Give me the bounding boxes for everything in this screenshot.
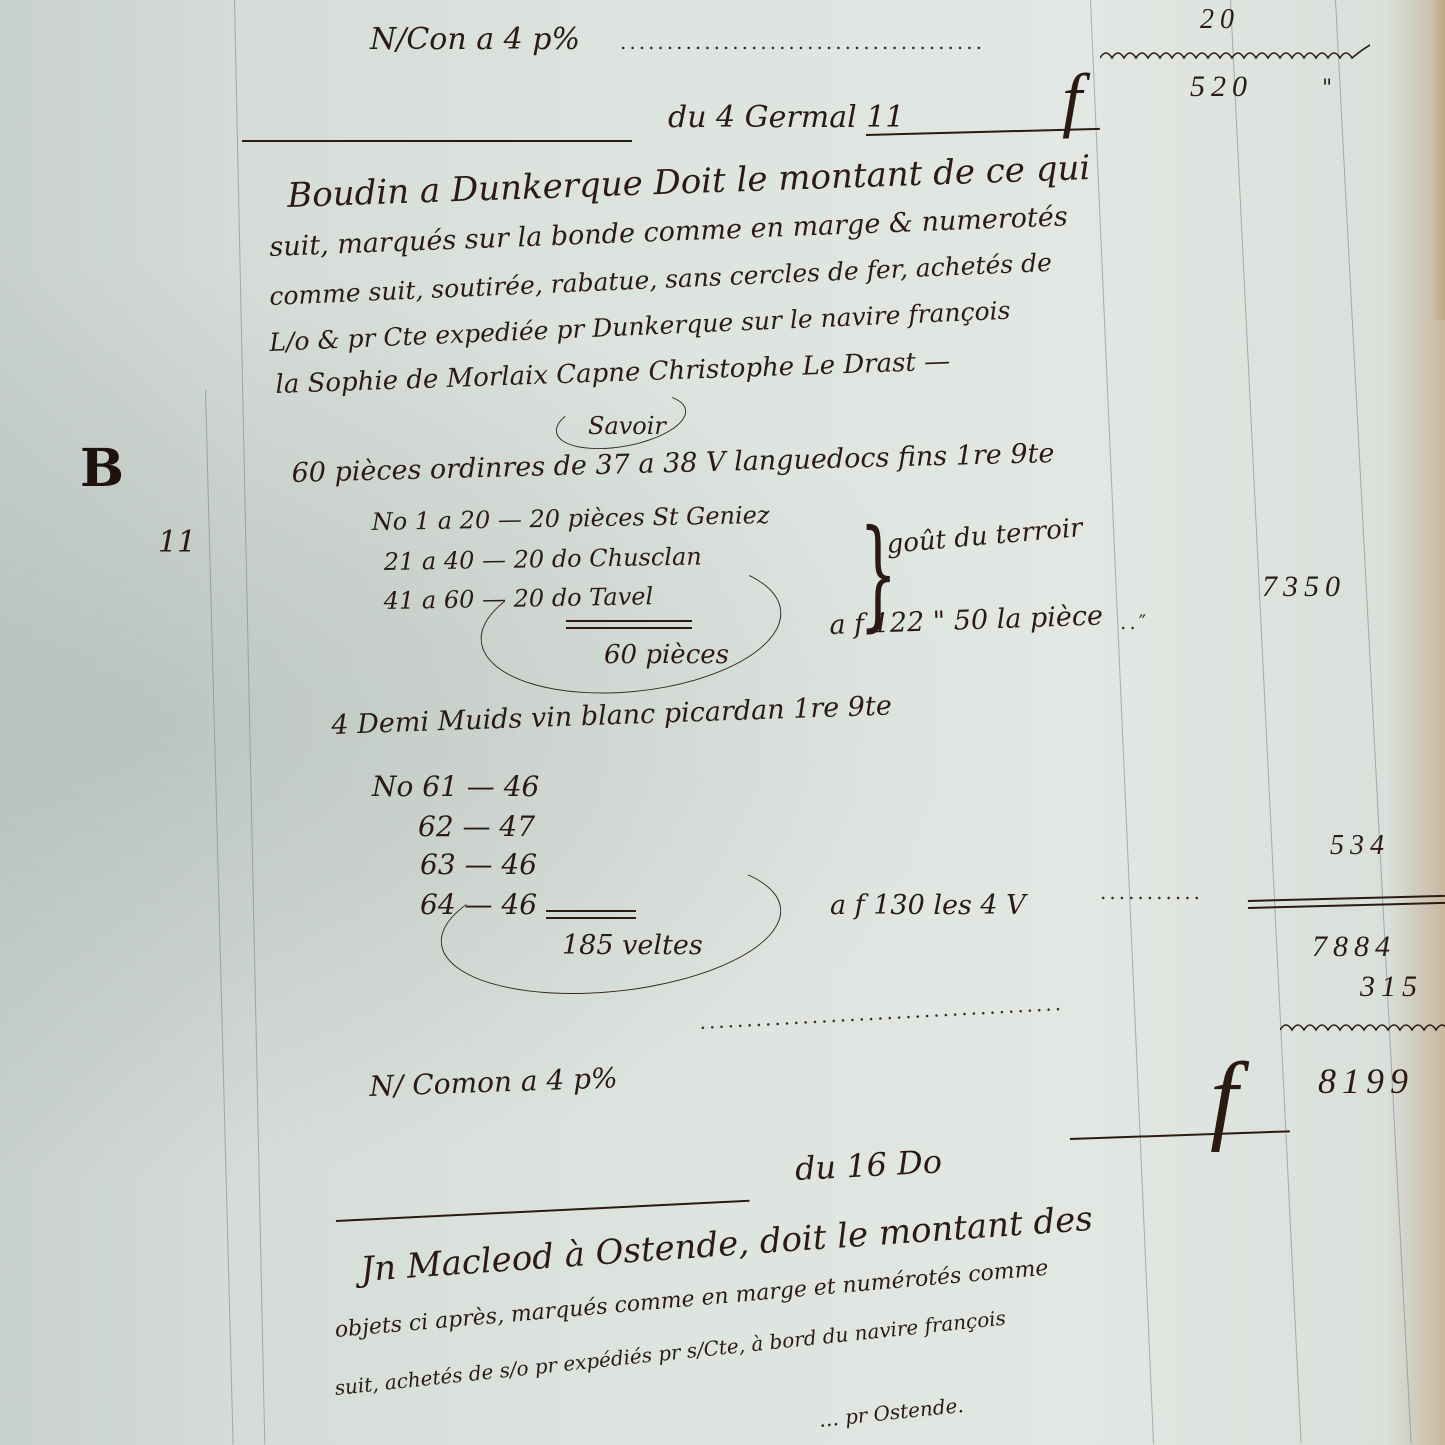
sum-squiggle	[1100, 36, 1370, 44]
carry-commission-amount: 20	[1200, 4, 1240, 36]
item1-leader: ..″	[1120, 610, 1149, 634]
margin-monogram: B	[80, 438, 124, 499]
entry1-sum: 7884	[1312, 930, 1396, 964]
entry1-total-symbol: f	[1210, 1040, 1238, 1155]
carry-total: 520	[1190, 70, 1253, 104]
book-spine-shadow	[1431, 0, 1445, 320]
item2-lot-2: 62 — 47	[418, 810, 535, 843]
total-squiggle	[1280, 1012, 1445, 1020]
item1-amount: 7350	[1262, 570, 1346, 604]
item2-rate: a f 130 les 4 V	[830, 890, 1026, 921]
leader-dots: .......................................	[620, 30, 985, 54]
item2-lot-1: No 61 — 46	[372, 770, 539, 803]
item2-lot-3: 63 — 46	[420, 848, 537, 881]
margin-mark: 11	[158, 525, 196, 560]
entry1-total: 8199	[1318, 1060, 1414, 1102]
entry2-date-heading: du 16 Do	[794, 1142, 943, 1188]
item2-leader: ...........	[1100, 880, 1203, 904]
carry-commission-line: N/Con a 4 p%	[370, 22, 580, 57]
item2-amount: 534	[1330, 830, 1390, 862]
date-rule-left	[242, 140, 632, 142]
entry1-commission-amount: 315	[1360, 970, 1423, 1004]
entry1-date-heading: du 4 Germal 11	[668, 100, 904, 135]
carry-total-suffix: "	[1322, 76, 1332, 101]
